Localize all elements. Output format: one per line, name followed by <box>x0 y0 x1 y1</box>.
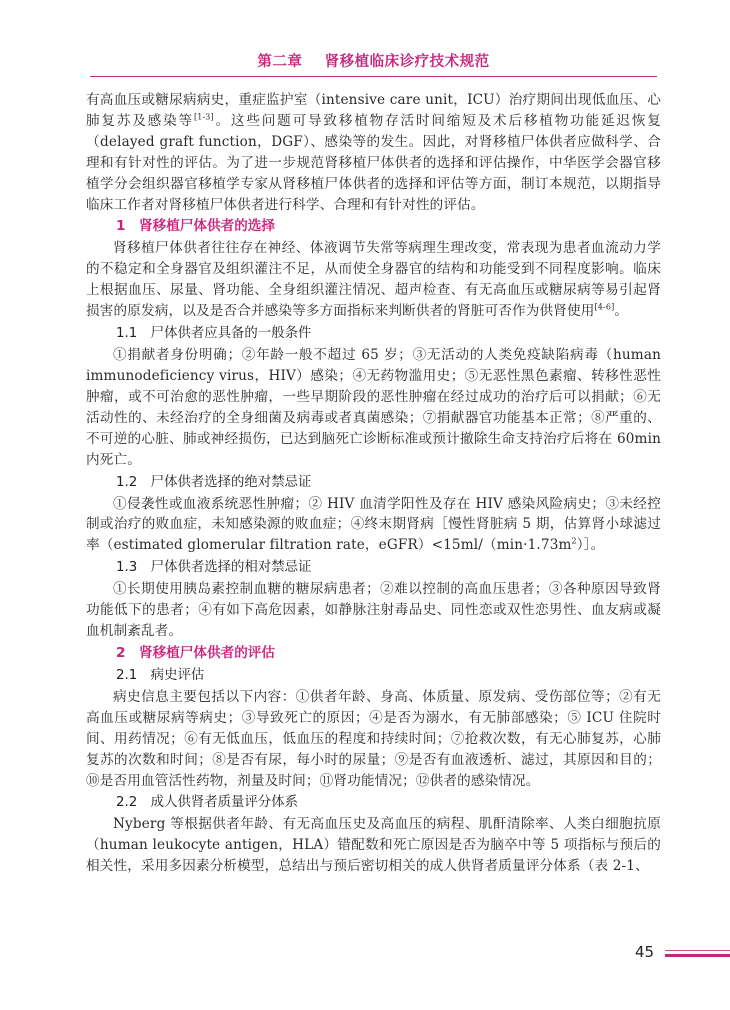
page-body: 有高血压或糖尿病病史，重症监护室（intensive care unit，ICU… <box>86 90 661 877</box>
section-2-1-heading: 2.1 病史评估 <box>116 665 661 686</box>
section-2-2-paragraph: Nyberg 等根据供者年龄、有无高血压史及高血压的病程、肌酐清除率、人类白细胞… <box>86 814 661 877</box>
chapter-label: 第二章 <box>257 54 302 70</box>
section-1-1-heading: 1.1 尸体供者应具备的一般条件 <box>116 323 661 344</box>
section-1-3-paragraph: ①长期使用胰岛素控制血糖的糖尿病患者；②难以控制的高血压患者；③各种原因导致肾功… <box>86 579 661 642</box>
header-spacer <box>302 54 324 70</box>
section-1-2-text-b: ）］。 <box>577 537 605 553</box>
intro-paragraph: 有高血压或糖尿病病史，重症监护室（intensive care unit，ICU… <box>86 90 661 215</box>
section-1-text-b: 。 <box>614 303 628 319</box>
footer-rule-thin <box>665 950 730 951</box>
page-number: 45 <box>635 943 654 961</box>
running-header: 第二章 肾移植临床诊疗技术规范 <box>90 50 657 77</box>
section-1-text-a: 肾移植尸体供者往往存在神经、体液调节失常等病理生理改变，常表现为患者血流动力学的… <box>86 240 661 319</box>
section-1-heading: 1 肾移植尸体供者的选择 <box>116 216 661 237</box>
section-1-3-heading: 1.3 尸体供者选择的相对禁忌证 <box>116 557 661 578</box>
footer-rule-thick <box>665 954 730 957</box>
section-2-heading: 2 肾移植尸体供者的评估 <box>116 643 661 664</box>
chapter-title: 肾移植临床诊疗技术规范 <box>325 54 490 70</box>
citation-1-3: [1-3] <box>194 112 214 121</box>
section-2-2-heading: 2.2 成人供肾者质量评分体系 <box>116 792 661 813</box>
section-1-1-paragraph: ①捐献者身份明确；②年龄一般不超过 65 岁；③无活动的人类免疫缺陷病毒（hum… <box>86 345 661 470</box>
section-2-1-paragraph: 病史信息主要包括以下内容：①供者年龄、身高、体质量、原发病、受伤部位等；②有无高… <box>86 687 661 792</box>
page-footer: 45 <box>0 943 730 963</box>
section-1-2-paragraph: ①侵袭性或血液系统恶性肿瘤；② HIV 血清学阳性及存在 HIV 感染风险病史；… <box>86 494 661 557</box>
citation-4-6: [4-6] <box>595 303 615 312</box>
section-1-paragraph: 肾移植尸体供者往往存在神经、体液调节失常等病理生理改变，常表现为患者血流动力学的… <box>86 238 661 322</box>
section-1-2-heading: 1.2 尸体供者选择的绝对禁忌证 <box>116 472 661 493</box>
